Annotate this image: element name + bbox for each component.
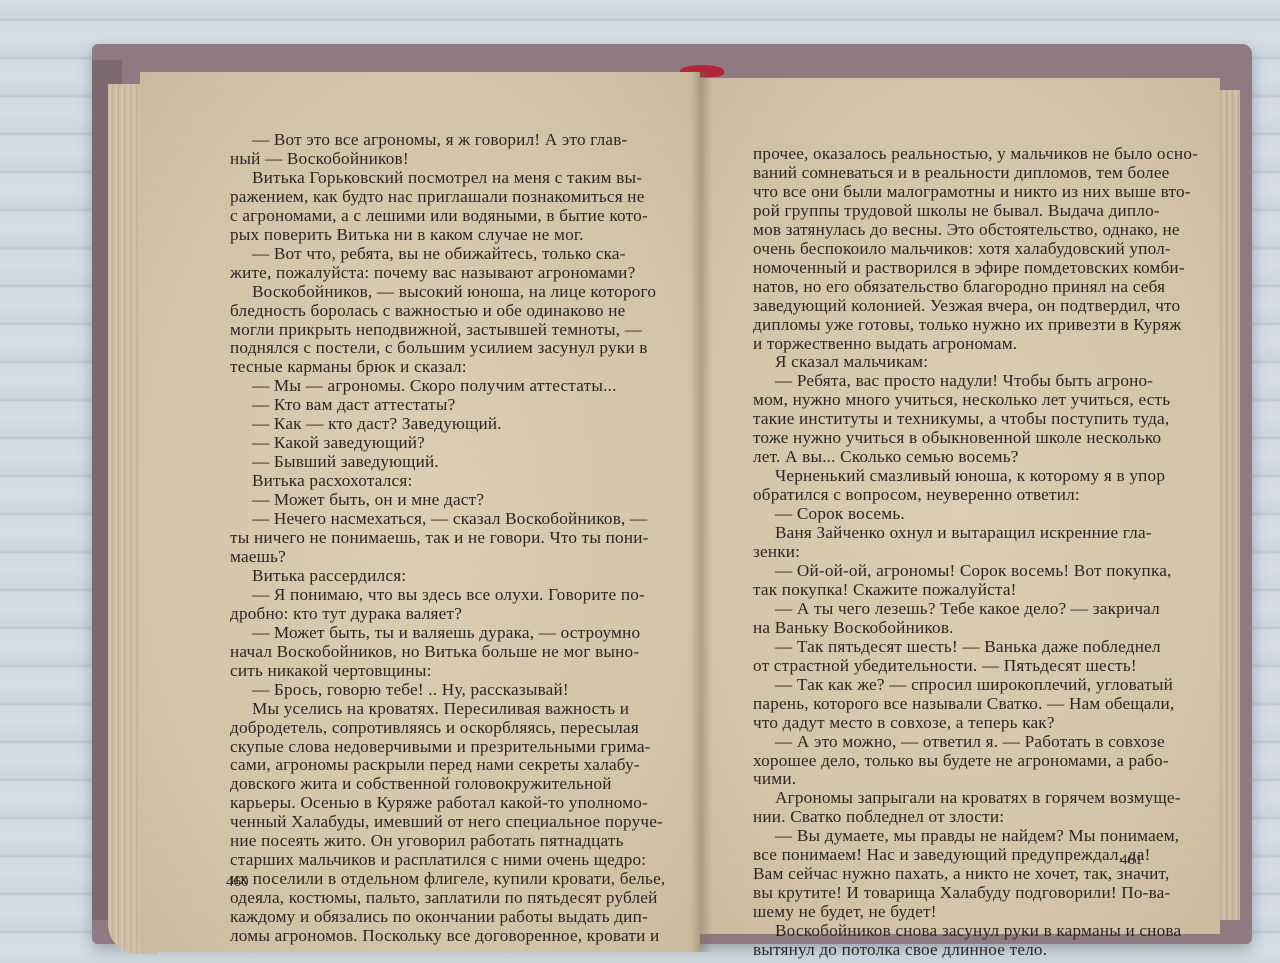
text-line: на Ваньку Воскобойников.: [753, 619, 1153, 638]
text-line: — Вот это все агрономы, я ж говорил! А э…: [230, 131, 685, 150]
text-line: Агрономы запрыгали на кроватях в горячем…: [753, 789, 1153, 808]
text-line: — Может быть, он и мне даст?: [230, 491, 685, 510]
text-line: сить никакой чертовщины:: [230, 662, 685, 681]
text-line: Витька расхохотался:: [230, 472, 685, 491]
text-line: с агрономами, а с лешими или водяными, в…: [230, 207, 685, 226]
text-line: Ваня Зайченко охнул и вытаращил искренни…: [753, 524, 1153, 543]
text-line: шему не будет, не будет!: [753, 903, 1153, 922]
text-line: чими.: [753, 770, 1153, 789]
page-number-right: 461: [1120, 852, 1143, 869]
text-line: зенки:: [753, 543, 1153, 562]
text-line: каждому и обязались по окончании работы …: [230, 908, 685, 927]
text-line: — Я понимаю, что вы здесь все олухи. Гов…: [230, 586, 685, 605]
text-line: ломы агрономов. Поскольку все договоренн…: [230, 927, 685, 946]
text-line: ние посеять жито. Он уговорил работать п…: [230, 832, 685, 851]
text-line: могли прикрыть неподвижной, застывшей те…: [230, 321, 685, 340]
text-line: — Вы думаете, мы правды не найдем? Мы по…: [753, 827, 1153, 846]
text-line: сами, агрономы раскрыли перед нами секре…: [230, 756, 685, 775]
text-line: дипломы уже готовы, только нужно их прив…: [753, 316, 1153, 335]
text-line: тесные карманы брюк и сказал:: [230, 358, 685, 377]
text-line: — Бывший заведующий.: [230, 453, 685, 472]
text-line: Я сказал мальчикам:: [753, 353, 1153, 372]
text-line: все понимаем! Нас и заведующий предупреж…: [753, 846, 1153, 865]
text-line: — Брось, говорю тебе! .. Ну, рассказывай…: [230, 681, 685, 700]
text-line: такие институты и техникумы, а чтобы пос…: [753, 410, 1153, 429]
text-line: вы крутите! И товарища Халабуду подговор…: [753, 884, 1153, 903]
text-line: так покупка! Скажите пожалуйста!: [753, 581, 1153, 600]
right-page-text: прочее, оказалось реальностью, у мальчик…: [753, 145, 1153, 960]
text-line: — Ой-ой-ой, агрономы! Сорок восемь! Вот …: [753, 562, 1153, 581]
text-line: ражением, как будто нас приглашали позна…: [230, 188, 685, 207]
text-line: довского жита и собственной головокружит…: [230, 775, 685, 794]
text-line: заведующий колонией. Уезжая вчера, он по…: [753, 297, 1153, 316]
text-line: — Вот что, ребята, вы не обижайтесь, тол…: [230, 245, 685, 264]
text-line: рой группы трудовой школы не бывал. Выда…: [753, 202, 1153, 221]
text-line: тоже нужно учиться в обыкновенной школе …: [753, 429, 1153, 448]
text-line: — Какой заведующий?: [230, 434, 685, 453]
text-line: Воскобойников снова засунул руки в карма…: [753, 922, 1153, 941]
text-line: — Мы — агрономы. Скоро получим аттестаты…: [230, 377, 685, 396]
text-line: — Сорок восемь.: [753, 505, 1153, 524]
text-line: поднялся с постели, с большим усилием за…: [230, 339, 685, 358]
text-line: что дадут место в совхозе, а теперь как?: [753, 714, 1153, 733]
text-line: начал Воскобойников, но Витька больше не…: [230, 643, 685, 662]
text-line: парень, которого все называли Сватко. — …: [753, 695, 1153, 714]
text-line: их поселили в отдельном флигеле, купили …: [230, 870, 685, 889]
text-line: мом, нужно много учиться, несколько лет …: [753, 391, 1153, 410]
page-number-left: 460: [226, 874, 249, 891]
text-line: — Нечего насмехаться, — сказал Воскобойн…: [230, 510, 685, 529]
text-line: маешь?: [230, 548, 685, 567]
text-line: скупые слова недоверчивыми и презрительн…: [230, 738, 685, 757]
text-line: очень беспокоило мальчиков: хотя халабуд…: [753, 240, 1153, 259]
text-line: мов затянулась до весны. Это обстоятельс…: [753, 221, 1153, 240]
text-line: Черненький смазливый юноша, к которому я…: [753, 467, 1153, 486]
text-line: обратился с вопросом, неуверенно ответил…: [753, 486, 1153, 505]
text-line: — Так как же? — спросил широкоплечий, уг…: [753, 676, 1153, 695]
text-line: и торжественно выдать агрономам.: [753, 335, 1153, 354]
left-page-text: — Вот это все агрономы, я ж говорил! А э…: [230, 131, 685, 946]
text-line: прочее, оказалось реальностью, у мальчик…: [753, 145, 1153, 164]
text-line: Мы уселись на кроватях. Пересиливая важн…: [230, 700, 685, 719]
text-line: лет. А вы... Сколько семью восемь?: [753, 448, 1153, 467]
text-line: от страстной убедительности. — Пятьдесят…: [753, 657, 1153, 676]
text-line: — Кто вам даст аттестаты?: [230, 396, 685, 415]
text-line: дробно: кто тут дурака валяет?: [230, 605, 685, 624]
text-line: Витька Горьковский посмотрел на меня с т…: [230, 169, 685, 188]
text-line: ты ничего не понимаешь, так и не говори.…: [230, 529, 685, 548]
text-line: — Так пятьдесят шесть! — Ванька даже поб…: [753, 638, 1153, 657]
text-line: что все они были малограмотны и никто из…: [753, 183, 1153, 202]
text-line: добродетель, сопротивляясь и оскорбляясь…: [230, 719, 685, 738]
text-line: Воскобойников, — высокий юноша, на лице …: [230, 283, 685, 302]
text-line: Вам сейчас нужно пахать, а никто не хоче…: [753, 865, 1153, 884]
text-line: ваний сомневаться и в реальности дипломо…: [753, 164, 1153, 183]
text-line: рых поверить Витька ни в каком случае не…: [230, 226, 685, 245]
text-line: ченный Халабуды, имевший от него специал…: [230, 813, 685, 832]
text-line: ный — Воскобойников!: [230, 150, 685, 169]
text-line: — А ты чего лезешь? Тебе какое дело? — з…: [753, 600, 1153, 619]
text-line: вытянул до потолка свое длинное тело.: [753, 941, 1153, 960]
book-gutter: [690, 72, 712, 952]
text-line: одеяла, костюмы, пальто, заплатили по пя…: [230, 889, 685, 908]
text-line: хорошее дело, только вы будете не агроно…: [753, 752, 1153, 771]
text-line: бледность боролась с важностью и обе оди…: [230, 302, 685, 321]
text-line: Витька рассердился:: [230, 567, 685, 586]
text-line: — А это можно, — ответил я. — Работать в…: [753, 733, 1153, 752]
text-line: карьеры. Осенью в Куряже работал какой-т…: [230, 794, 685, 813]
text-line: натов, но его обязательство благородно п…: [753, 278, 1153, 297]
text-line: номоченный и растворился в эфире помдето…: [753, 259, 1153, 278]
text-line: — Ребята, вас просто надули! Чтобы быть …: [753, 372, 1153, 391]
text-line: — Как — кто даст? Заведующий.: [230, 415, 685, 434]
text-line: — Может быть, ты и валяешь дурака, — ост…: [230, 624, 685, 643]
text-line: старших мальчиков и расплатился с ними о…: [230, 851, 685, 870]
text-line: жите, пожалуйста: почему вас называют аг…: [230, 264, 685, 283]
text-line: нии. Сватко побледнел от злости:: [753, 808, 1153, 827]
